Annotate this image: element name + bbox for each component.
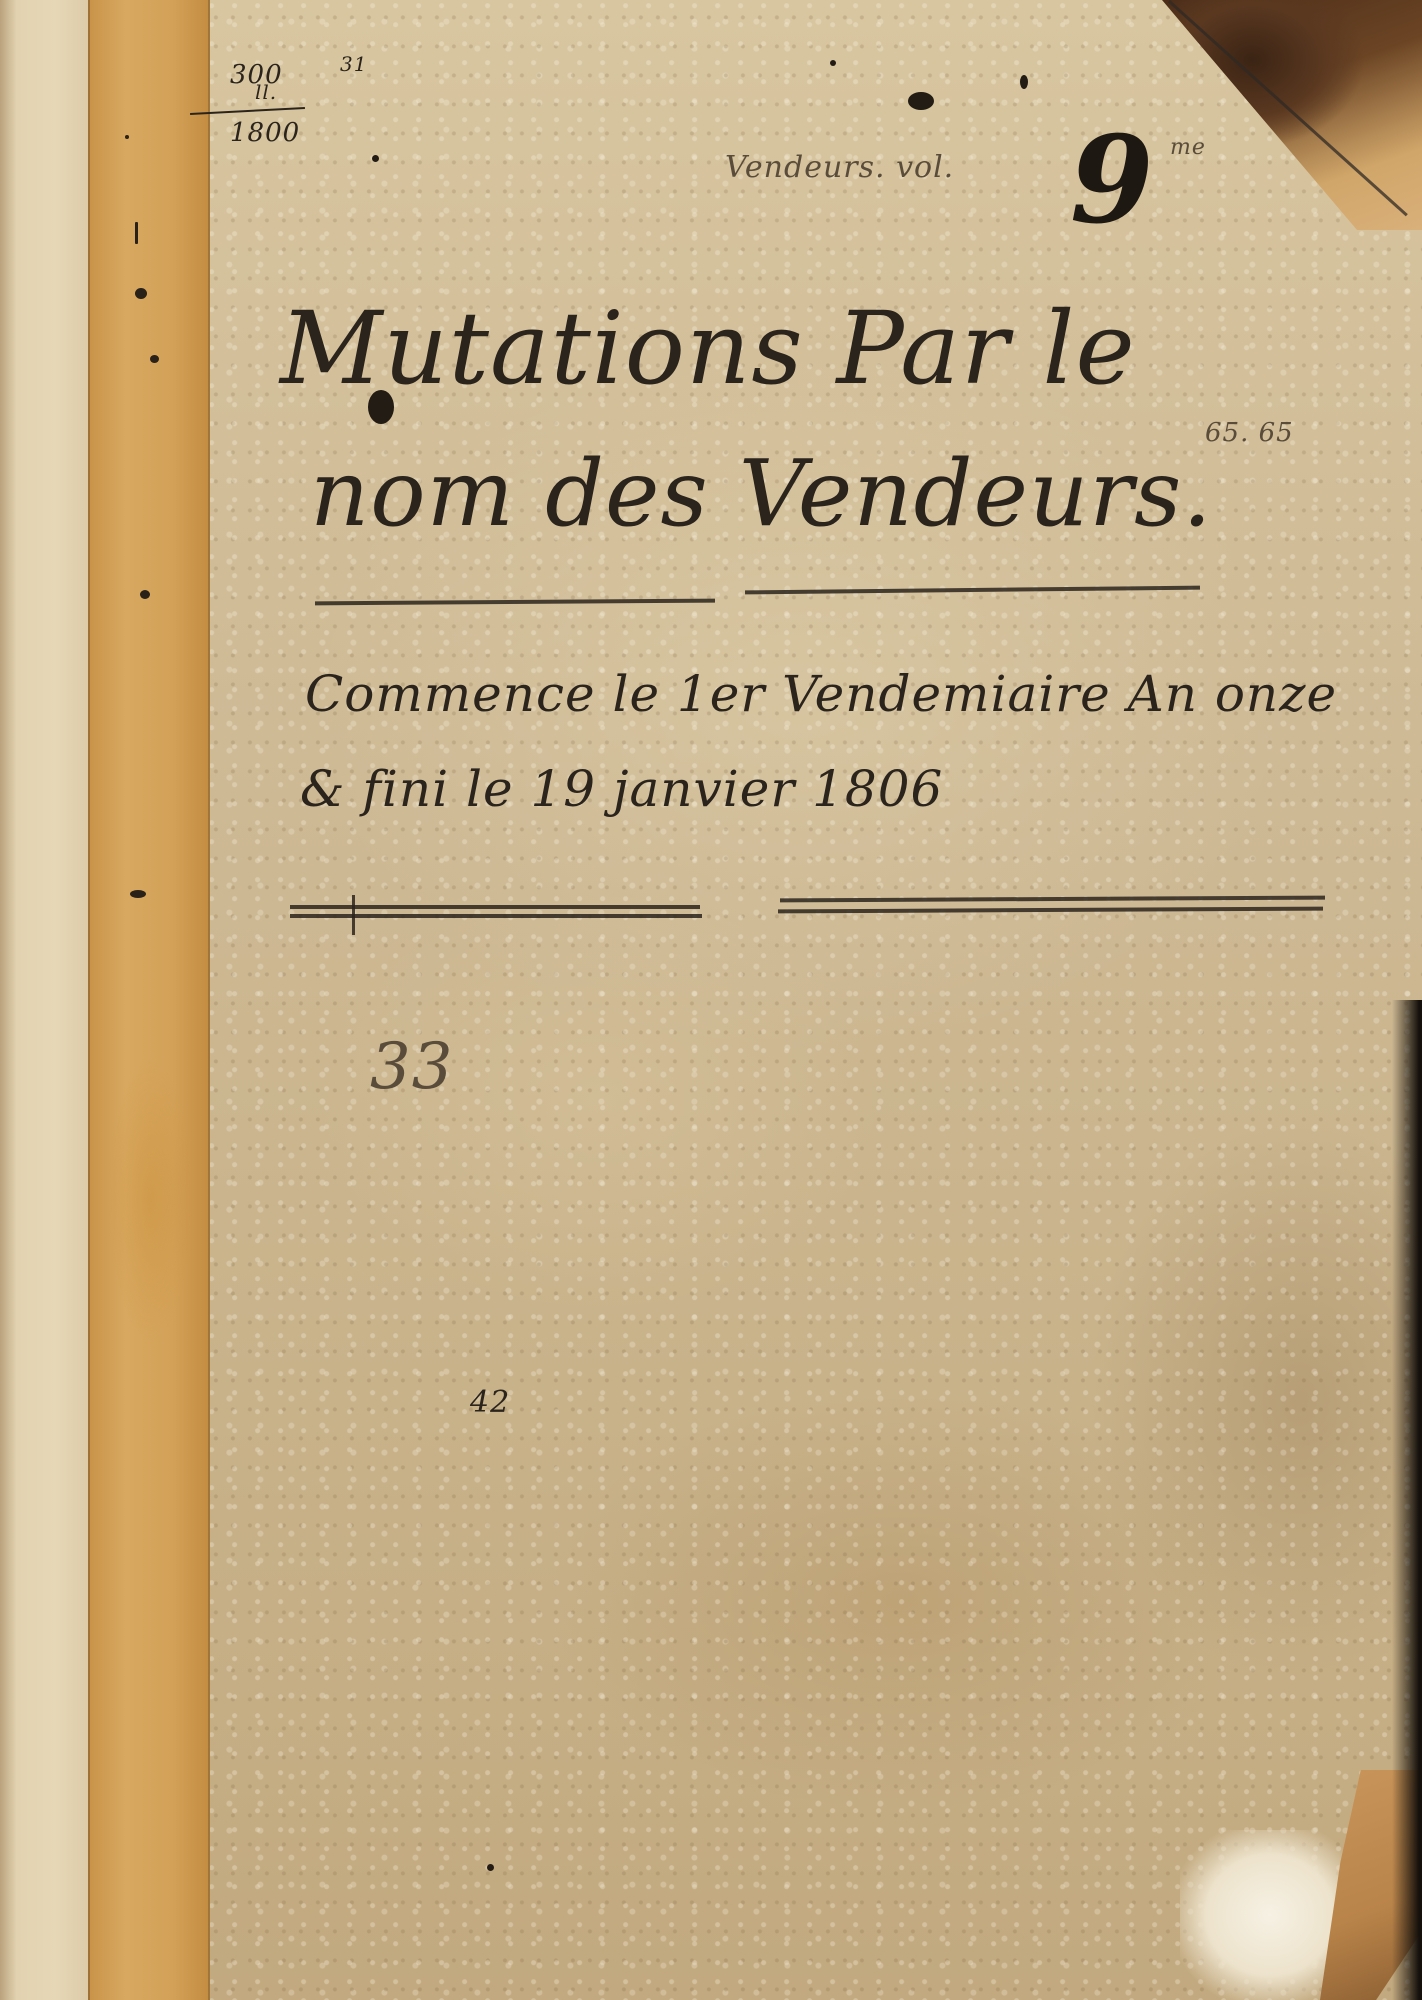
corner-note: 31 (340, 52, 367, 76)
shelfmark-middle: ll. (255, 80, 277, 104)
small-annotation: 42 (470, 1385, 510, 1420)
pencil-annotation: 33 (370, 1030, 453, 1104)
ink-mark (135, 222, 138, 244)
title-line-1: Mutations Par le (280, 290, 1136, 407)
ink-spot (125, 135, 129, 139)
divider-rule-left (315, 599, 715, 606)
ink-spot (487, 1864, 494, 1871)
double-rule-tick (352, 895, 355, 935)
spine-binding-strip (88, 0, 210, 2000)
ink-spot (372, 155, 379, 162)
ink-spot (140, 590, 150, 599)
subtitle-line-1: Commence le 1er Vendemiaire An onze (305, 665, 1337, 723)
margin-number: 65. 65 (1205, 418, 1294, 448)
ink-blot (908, 92, 934, 110)
volume-number: 9 (1070, 110, 1155, 251)
ink-spot (150, 355, 159, 363)
right-edge-shadow (1392, 1000, 1422, 2000)
ink-spot (830, 60, 836, 66)
left-page-edge (0, 0, 93, 2000)
double-rule-right-bottom (778, 907, 1323, 914)
double-rule-right-top (780, 896, 1325, 903)
divider-rule-right (745, 586, 1200, 595)
title-line-2: nom des Vendeurs. (310, 440, 1213, 547)
ink-spot (135, 288, 147, 299)
subtitle-line-2: & fini le 19 janvier 1806 (300, 760, 943, 818)
shelfmark-bottom: 1800 (230, 118, 300, 148)
volume-label: Vendeurs. vol. (725, 150, 954, 185)
ink-spot (1020, 75, 1028, 89)
ink-spot (130, 890, 146, 898)
volume-suffix: me (1170, 135, 1206, 160)
document-cover: 300 ll. 1800 31 Vendeurs. vol. 9 me Muta… (0, 0, 1422, 2000)
